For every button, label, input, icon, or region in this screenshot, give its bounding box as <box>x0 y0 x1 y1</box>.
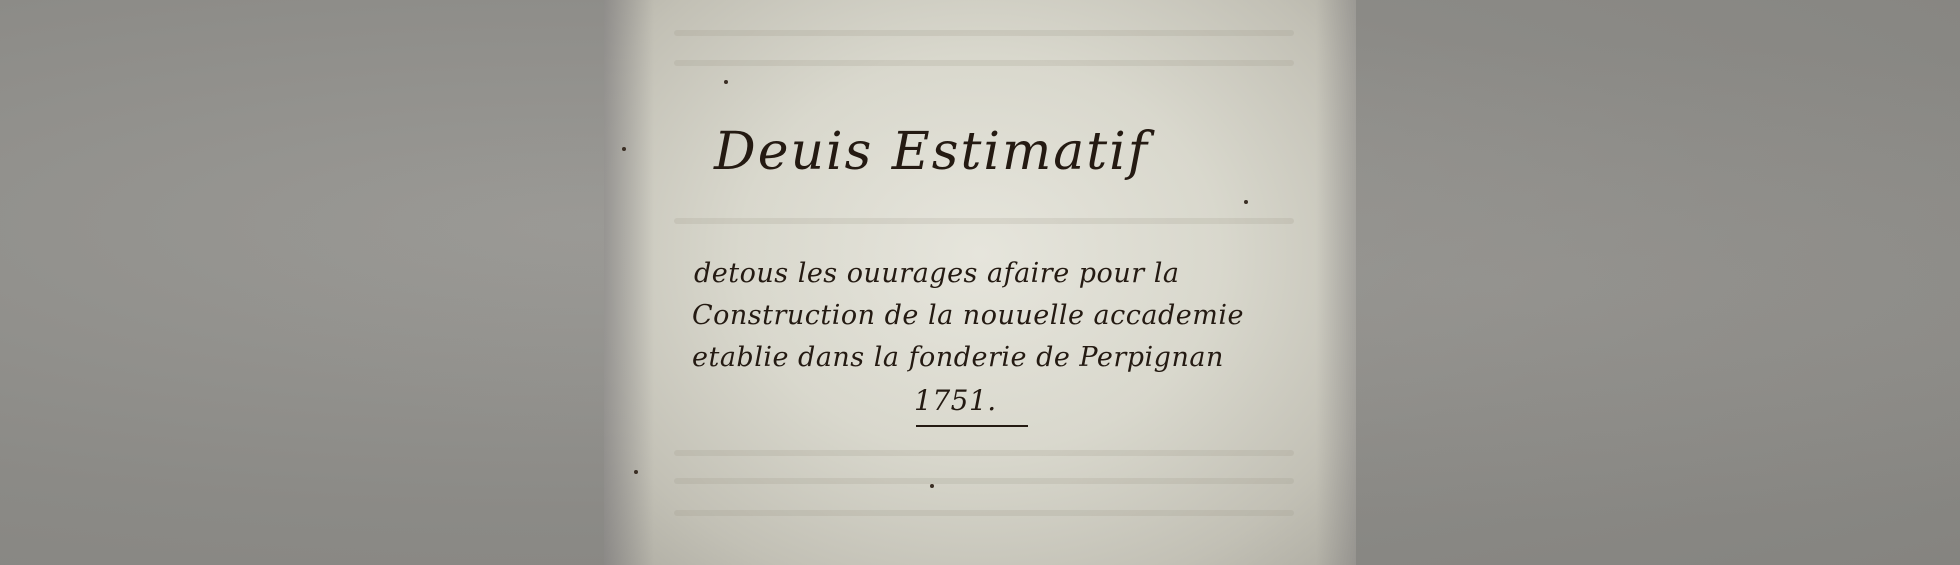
ink-speck <box>724 80 728 84</box>
manuscript-title: Deuis Estimatif <box>714 122 1149 182</box>
manuscript-page-photo: Deuis Estimatif detous les ouurages afai… <box>604 0 1356 565</box>
bleed-through-line <box>674 478 1294 484</box>
ink-speck <box>622 147 626 151</box>
page-shadow-right <box>1316 0 1356 565</box>
year-underline <box>916 425 1028 427</box>
manuscript-line-2: Construction de la nouuelle accademie <box>692 300 1244 331</box>
ink-speck <box>930 484 934 488</box>
bleed-through-line <box>674 30 1294 36</box>
bleed-through-line <box>674 218 1294 224</box>
manuscript-year: 1751. <box>914 384 997 417</box>
bleed-through-line <box>674 510 1294 516</box>
manuscript-line-1: detous les ouurages afaire pour la <box>694 258 1179 289</box>
page-shadow-left <box>604 0 654 565</box>
manuscript-line-3: etablie dans la fonderie de Perpignan <box>692 342 1224 373</box>
ink-speck <box>1244 200 1248 204</box>
ink-speck <box>634 470 638 474</box>
bleed-through-line <box>674 60 1294 66</box>
bleed-through-line <box>674 450 1294 456</box>
